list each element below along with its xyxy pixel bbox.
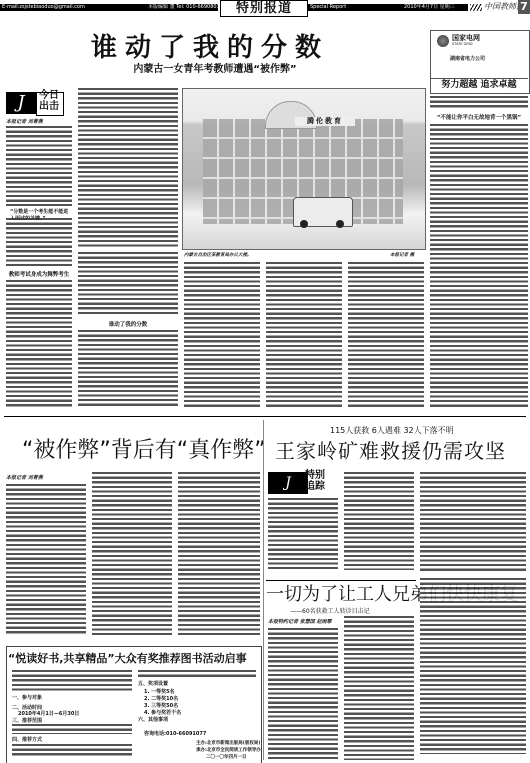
section-divider [4, 416, 526, 417]
article2-text-col2 [92, 472, 172, 636]
column-divider [263, 420, 264, 760]
subhead-2: 谁动了我的分数 [78, 320, 178, 328]
kicker-label: 今日出击 [36, 90, 62, 112]
notice-section-5: 五、奖项设置 [138, 680, 168, 687]
section-title-en: Special Report [310, 4, 346, 11]
article3-text-col2 [344, 472, 414, 570]
article3-kicker-line: 115人获救 6人遇难 32人下落不明 [330, 425, 454, 436]
ad-company-en: STATE GRID [452, 42, 473, 46]
article3-text-col3 [420, 472, 526, 572]
header-email: E-mail:zsjstebiaoduo@gmail.com [2, 4, 85, 11]
notice-section-6: 六、其他事项 [138, 716, 168, 723]
special-kicker-label: 特别追踪 [305, 470, 331, 492]
article-text-col3 [184, 262, 260, 408]
prize-1: 1. 一等奖5名 [144, 688, 175, 695]
article3-headline: 王家岭矿难救援仍需攻坚 [275, 437, 506, 465]
notice-section-3: 三、推荐范围 [12, 717, 42, 724]
decorative-stripes [470, 4, 482, 11]
main-headline: 谁动了我的分数 [60, 33, 360, 63]
article-text-col5 [348, 262, 424, 408]
article2-text-col3 [178, 472, 260, 636]
notice-intro-text [12, 670, 132, 692]
sidebar-text-a [430, 96, 528, 110]
article-text-col2b [78, 252, 178, 316]
sponsor-2: 承办:北京市全民阅读工作领导办 [196, 747, 261, 753]
subhead-1: 教师考试身成为舞弊考生 [6, 270, 72, 278]
notice-phone: 咨询电话:010-66091077 [144, 730, 206, 737]
article-text-col2a [78, 88, 178, 248]
sidebar-text-b [430, 124, 528, 408]
ad-subsidiary: 湖南省电力公司 [450, 55, 485, 62]
issue-date: 2010年4月7日 星期三 [404, 4, 455, 11]
van-wheel [336, 220, 344, 228]
sponsor-1: 主办:北京市新闻出版局(版权局) [196, 740, 260, 746]
photo-caption: 内蒙古自治区某教育局办公大楼。 [184, 252, 252, 258]
ad-company-name: 国家电网 [452, 34, 480, 42]
page-header: E-mail:zsjstebiaoduo@gmail.com 本版编辑 董 Te… [0, 0, 530, 16]
notice-col2-text [138, 670, 256, 678]
ad-slogan: 努力超越 追求卓越 [430, 78, 528, 91]
notice-time: 2010年4月1日—6月30日 [18, 710, 79, 717]
article2-text-col1 [6, 484, 86, 636]
article4-subheadline: ——60名获救工人转诊目击记 [290, 606, 370, 615]
article-text-col1a [6, 126, 72, 206]
sidebar-subhead: “不能让你平白无故地背一个黑锅” [430, 113, 528, 121]
special-kicker-logo-icon: J [268, 472, 308, 494]
article4-text-col2 [344, 616, 414, 760]
article4-text-col1 [268, 628, 338, 760]
header-editor-info: 本版编辑 董 Tel: 010-66908013 [148, 4, 223, 11]
article4-divider [266, 580, 416, 581]
article3-text-col1 [268, 498, 338, 570]
article-text-col2c [78, 330, 178, 408]
article4-byline: 本报特约记者 张慧国 赵雨霏 [268, 618, 331, 625]
page-number: 7 [518, 0, 530, 14]
building-sign: 腾伦教育 [295, 117, 355, 126]
kicker-logo-icon: J [6, 92, 36, 114]
prize-2: 2. 二等奖10名 [144, 695, 178, 702]
main-subheadline: 内蒙古一女青年考教师遭遇“被作弊” [90, 64, 340, 76]
news-photo-building: 腾伦教育 [182, 88, 426, 250]
notice-date: 二〇一〇年四月一日 [206, 754, 247, 760]
article-text-col1b [6, 218, 72, 268]
van-wheel [300, 220, 308, 228]
article2-byline: 本报记者 刘菁燕 [6, 474, 43, 481]
notice-scope-text [12, 724, 132, 734]
article-text-col1c [6, 280, 72, 408]
notice-section-1: 一、参与对象 [12, 694, 42, 701]
article4-text-col3 [420, 578, 526, 754]
prize-4: 4. 参与奖若干名 [144, 709, 181, 716]
article-text-col4 [266, 262, 342, 408]
notice-title: “悦读好书,共享精品”大众有奖推荐图书活动启事 [8, 652, 258, 666]
photo-credit: 本报记者 摄 [390, 252, 414, 258]
section-title: 特别报道 [220, 0, 308, 17]
prize-3: 3. 三等奖50名 [144, 702, 178, 709]
article2-headline: “被作弊”背后有“真作弊” [22, 437, 262, 465]
byline: 本报记者 刘菁燕 [6, 118, 43, 125]
state-grid-logo-icon [437, 35, 449, 47]
notice-section-4: 四、推荐方式 [12, 736, 42, 743]
notice-method-text [12, 744, 132, 758]
van-shape [293, 197, 353, 227]
